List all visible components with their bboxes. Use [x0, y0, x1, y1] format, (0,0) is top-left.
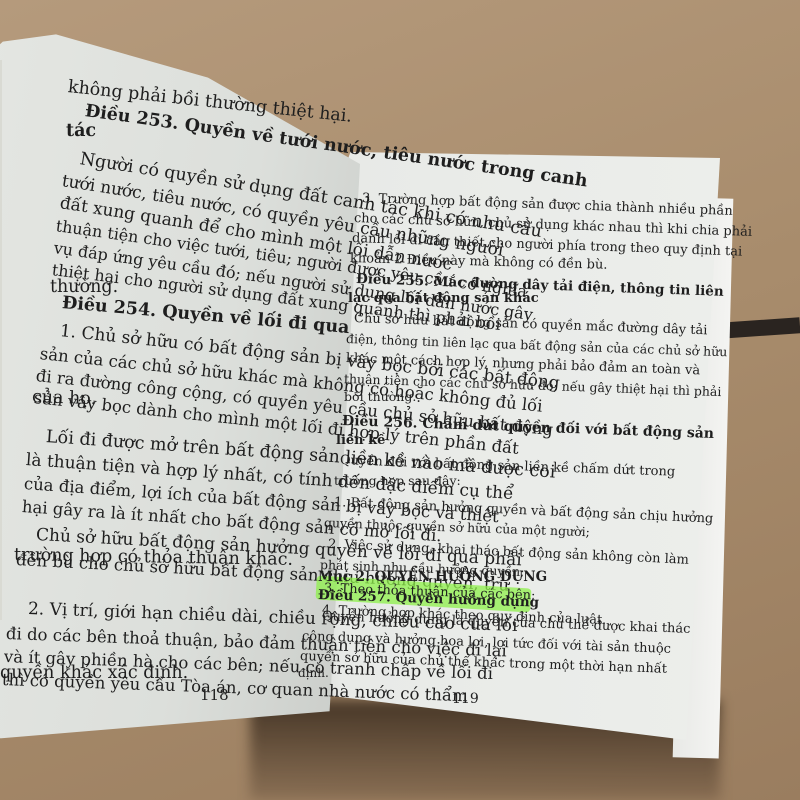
page-number: 119 — [452, 688, 479, 710]
text-line: bồi thường. — [344, 386, 416, 408]
text-line: trường hợp sau đây: — [334, 470, 461, 492]
right-page-text: 3. Trường hợp bất động sản được chia thà… — [0, 0, 800, 800]
article-heading: liền kề — [336, 430, 385, 452]
article-heading: Điều 256. Chấm dứt quyền đối với bất độn… — [342, 410, 715, 445]
article-heading: lạc qua bất động sản khác — [348, 288, 539, 310]
text-line: định. — [298, 662, 329, 684]
